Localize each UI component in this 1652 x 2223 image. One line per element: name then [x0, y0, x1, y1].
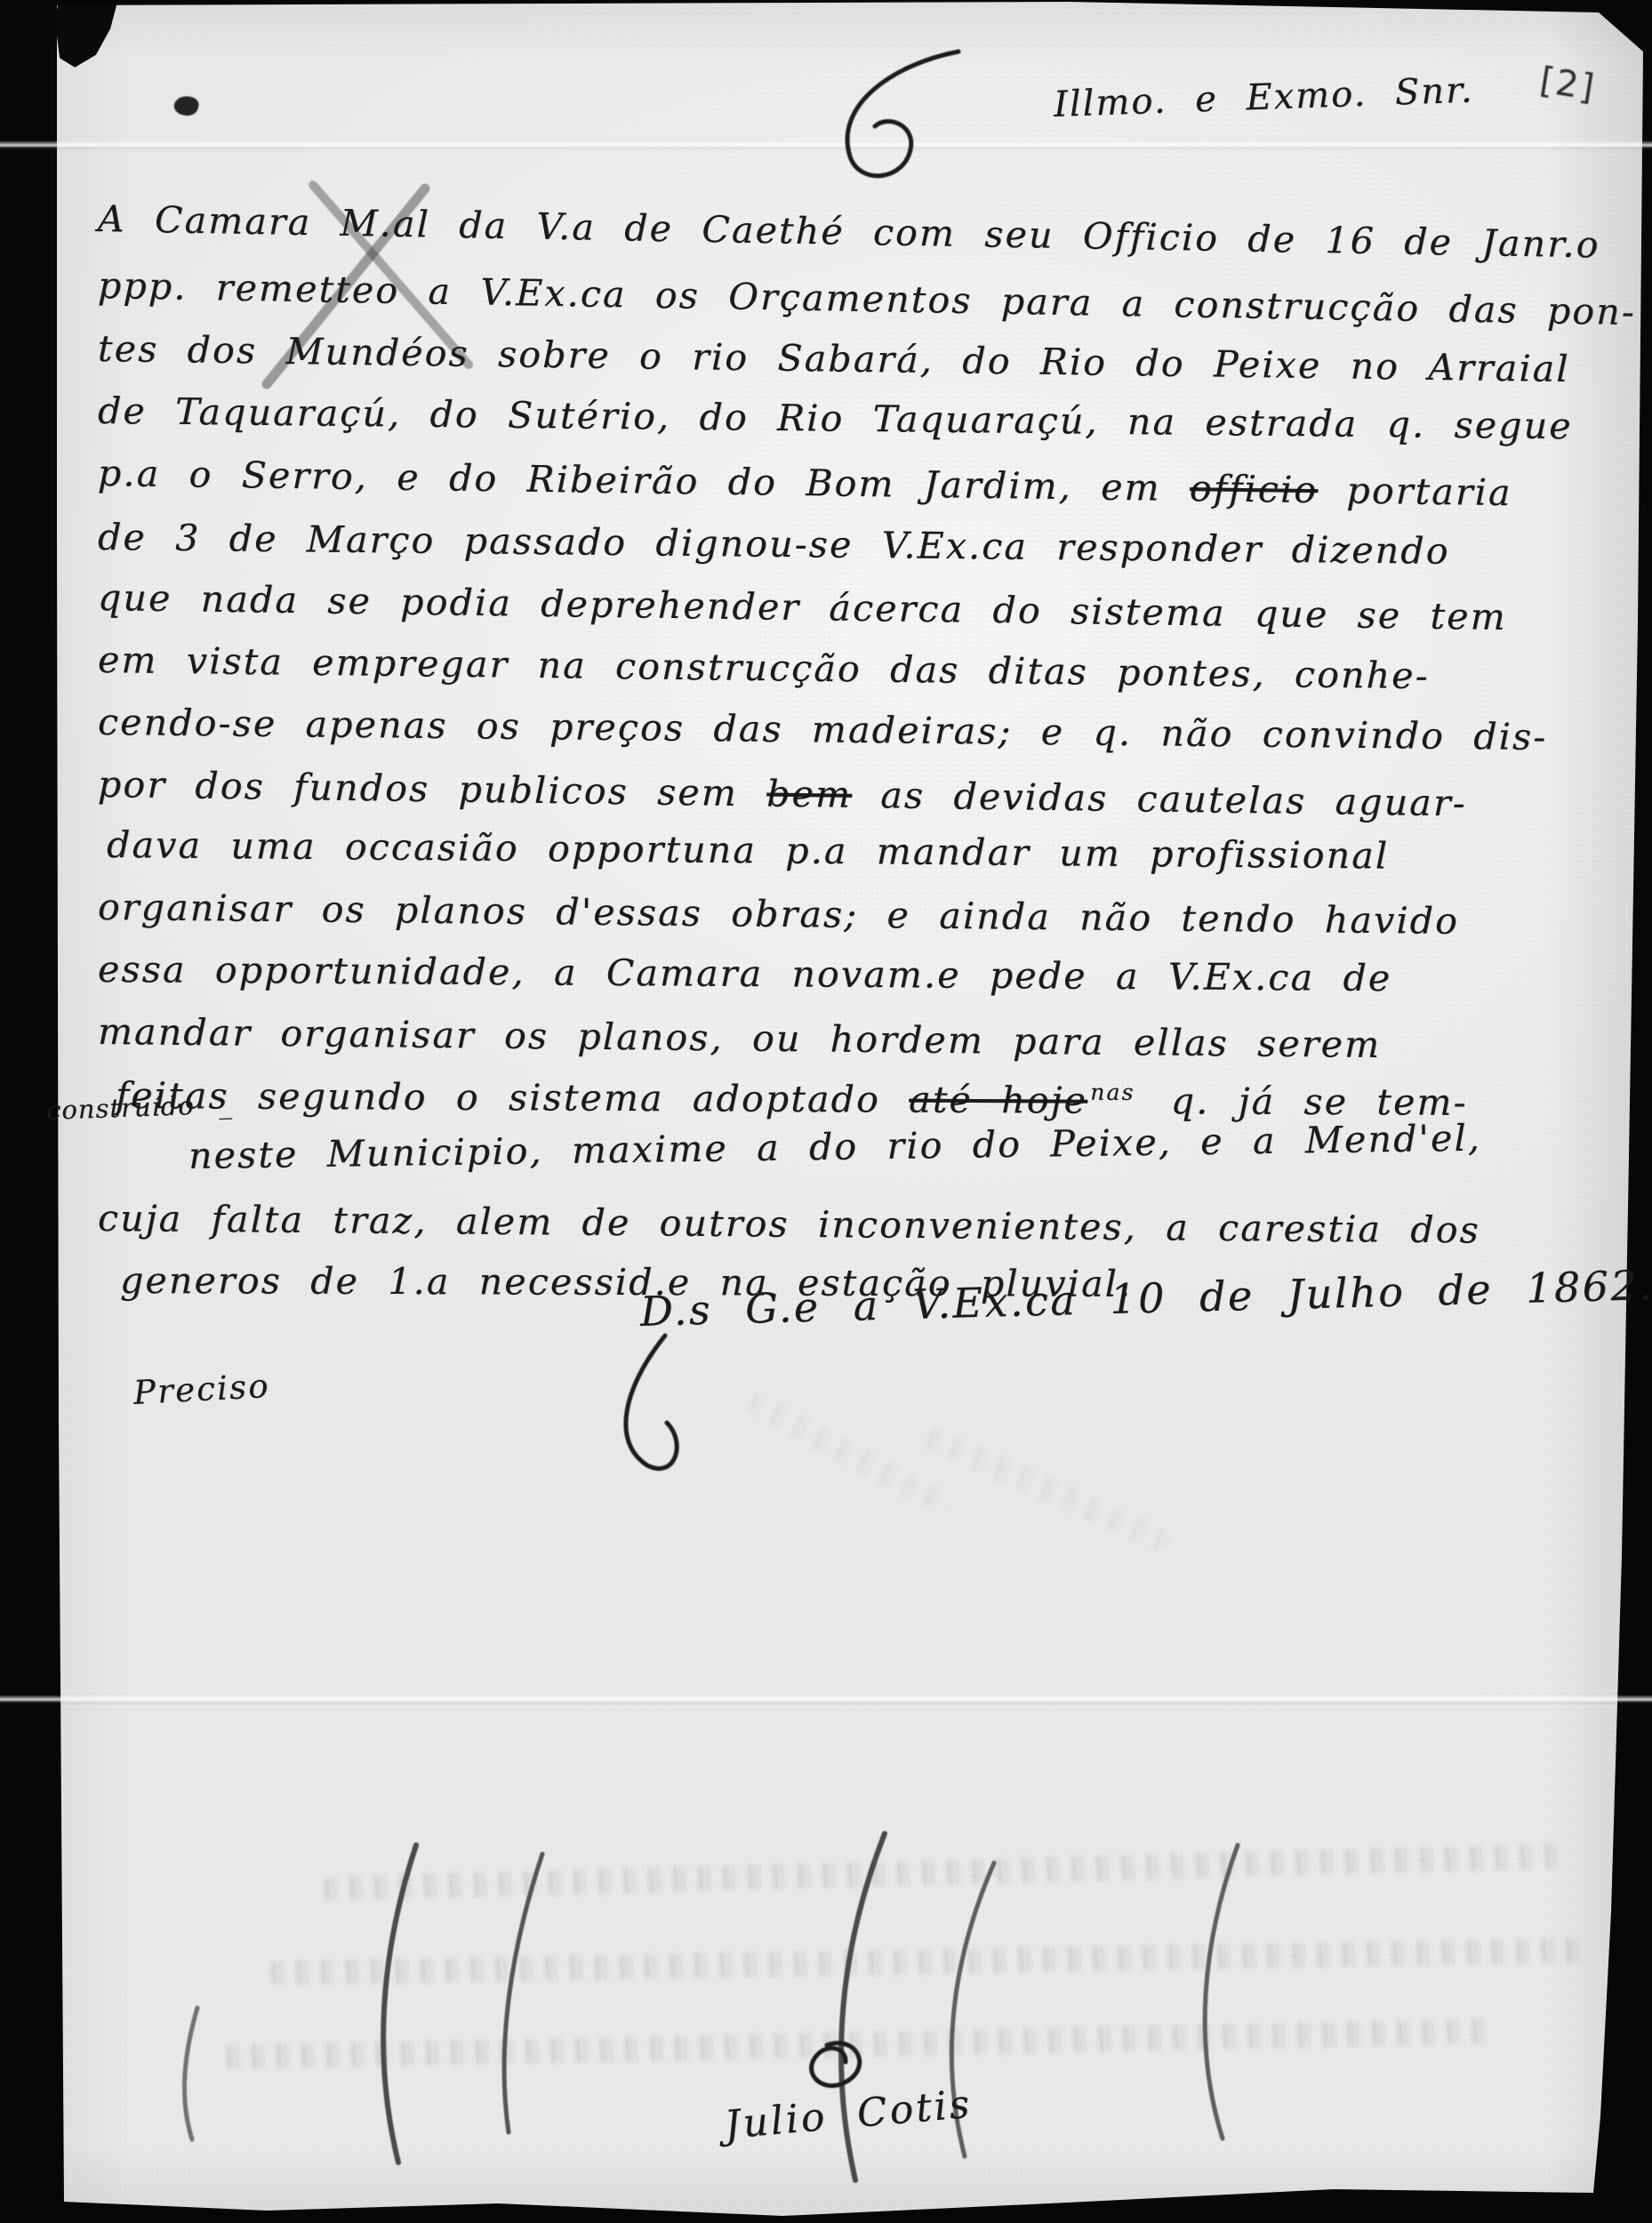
body-line-text: as devidas cautelas aguar-: [852, 774, 1467, 825]
struck-text: bem: [766, 773, 853, 816]
docket-note: Preciso: [132, 1367, 271, 1412]
struck-text: officio: [1190, 467, 1319, 511]
body-line: essa opportunidade, a Camara novam.e ped…: [98, 948, 1392, 999]
struck-text: até hoje: [909, 1079, 1087, 1122]
page-number: [2]: [1537, 60, 1599, 108]
document-scan: [2] Illmo. e Exmo. Snr. A Camara M.al da…: [0, 0, 1652, 2223]
inserted-word: nas: [1090, 1079, 1135, 1105]
margin-note: construído _: [45, 1089, 233, 1126]
body-line-text: portaria: [1318, 469, 1512, 514]
body-line-text: feitas segundo o sistema adoptado: [116, 1074, 909, 1121]
body-line: feitas segundo o sistema adoptado até ho…: [116, 1074, 1468, 1124]
